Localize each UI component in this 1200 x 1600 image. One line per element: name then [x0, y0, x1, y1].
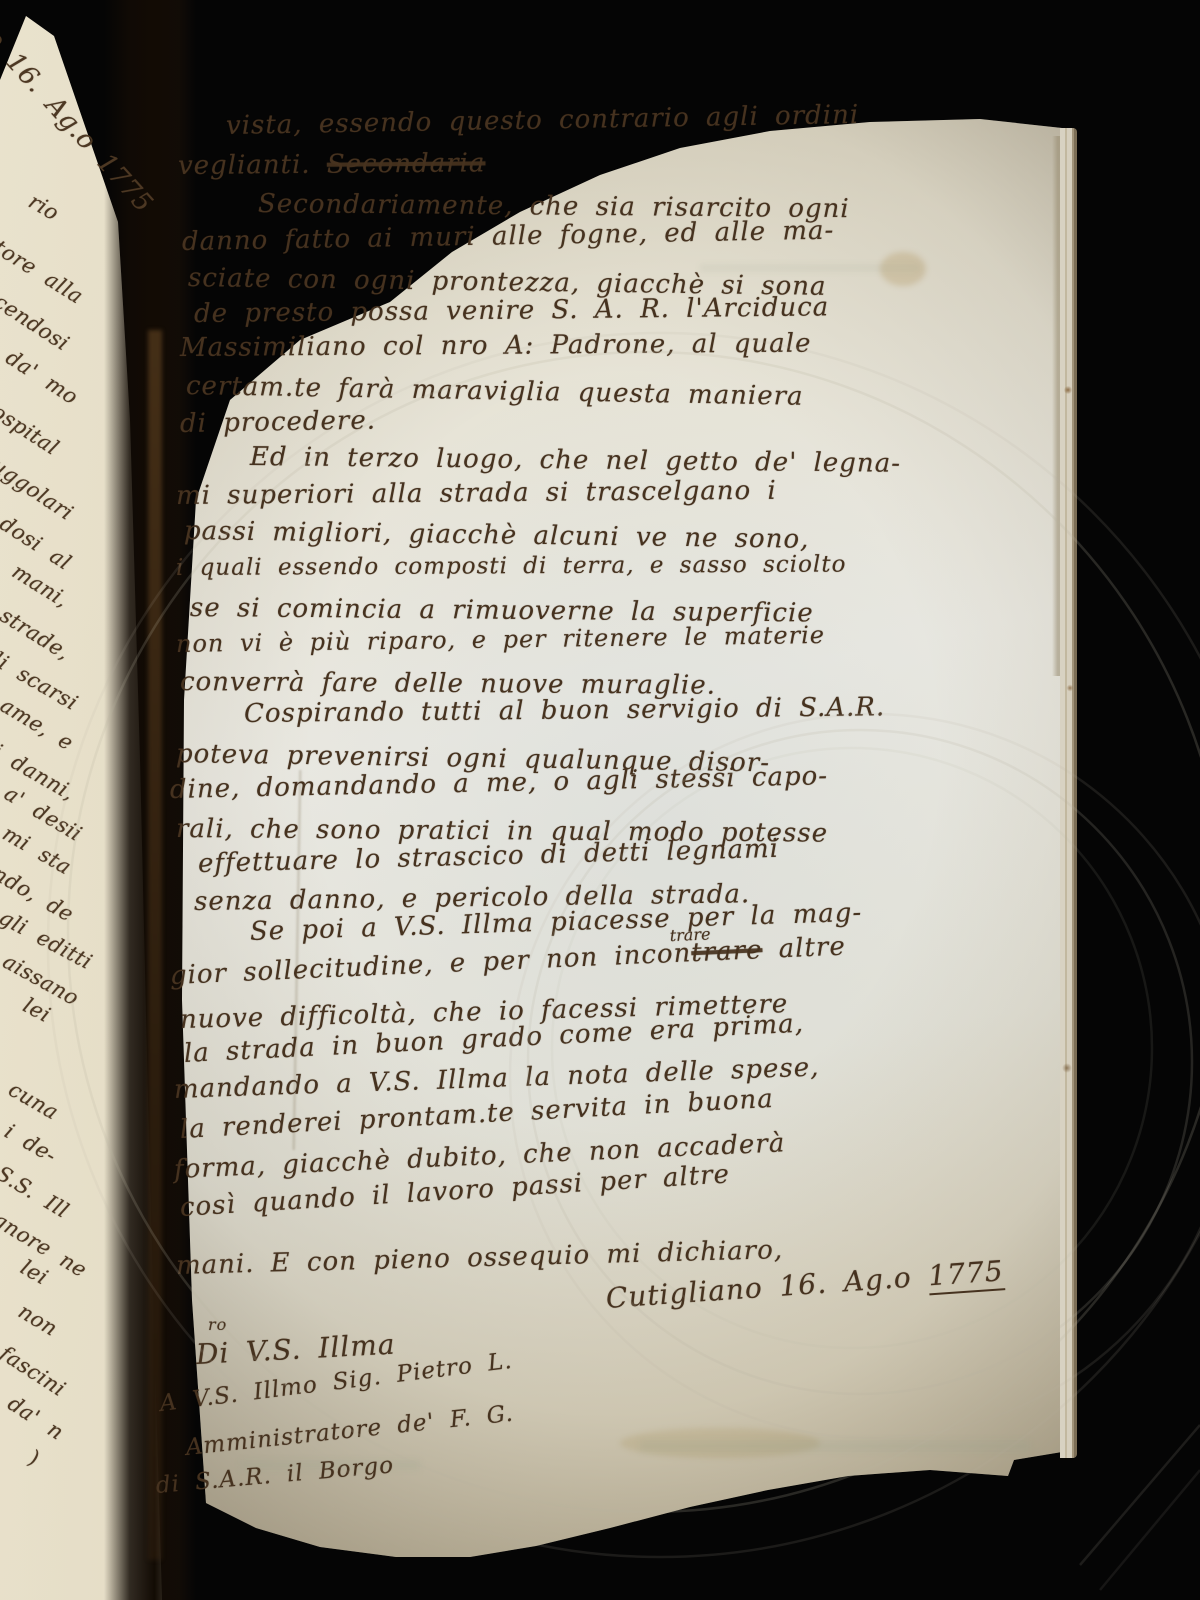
ink-stain	[420, 96, 444, 116]
page-stack-edge	[1060, 128, 1077, 1458]
gutter-fold-highlight	[148, 330, 162, 1560]
page-stack-edge-inner	[1052, 136, 1060, 676]
ink-showthrough	[640, 1440, 1030, 1452]
struck-word: Secondaria	[327, 148, 486, 179]
ink-showthrough	[240, 1460, 420, 1470]
ink-showthrough	[700, 264, 920, 272]
handwritten-line: veglianti. Secondaria	[178, 149, 486, 180]
manuscript-photo: o 16. Ag.o 1775riotore allacendosida' mo…	[0, 0, 1200, 1600]
